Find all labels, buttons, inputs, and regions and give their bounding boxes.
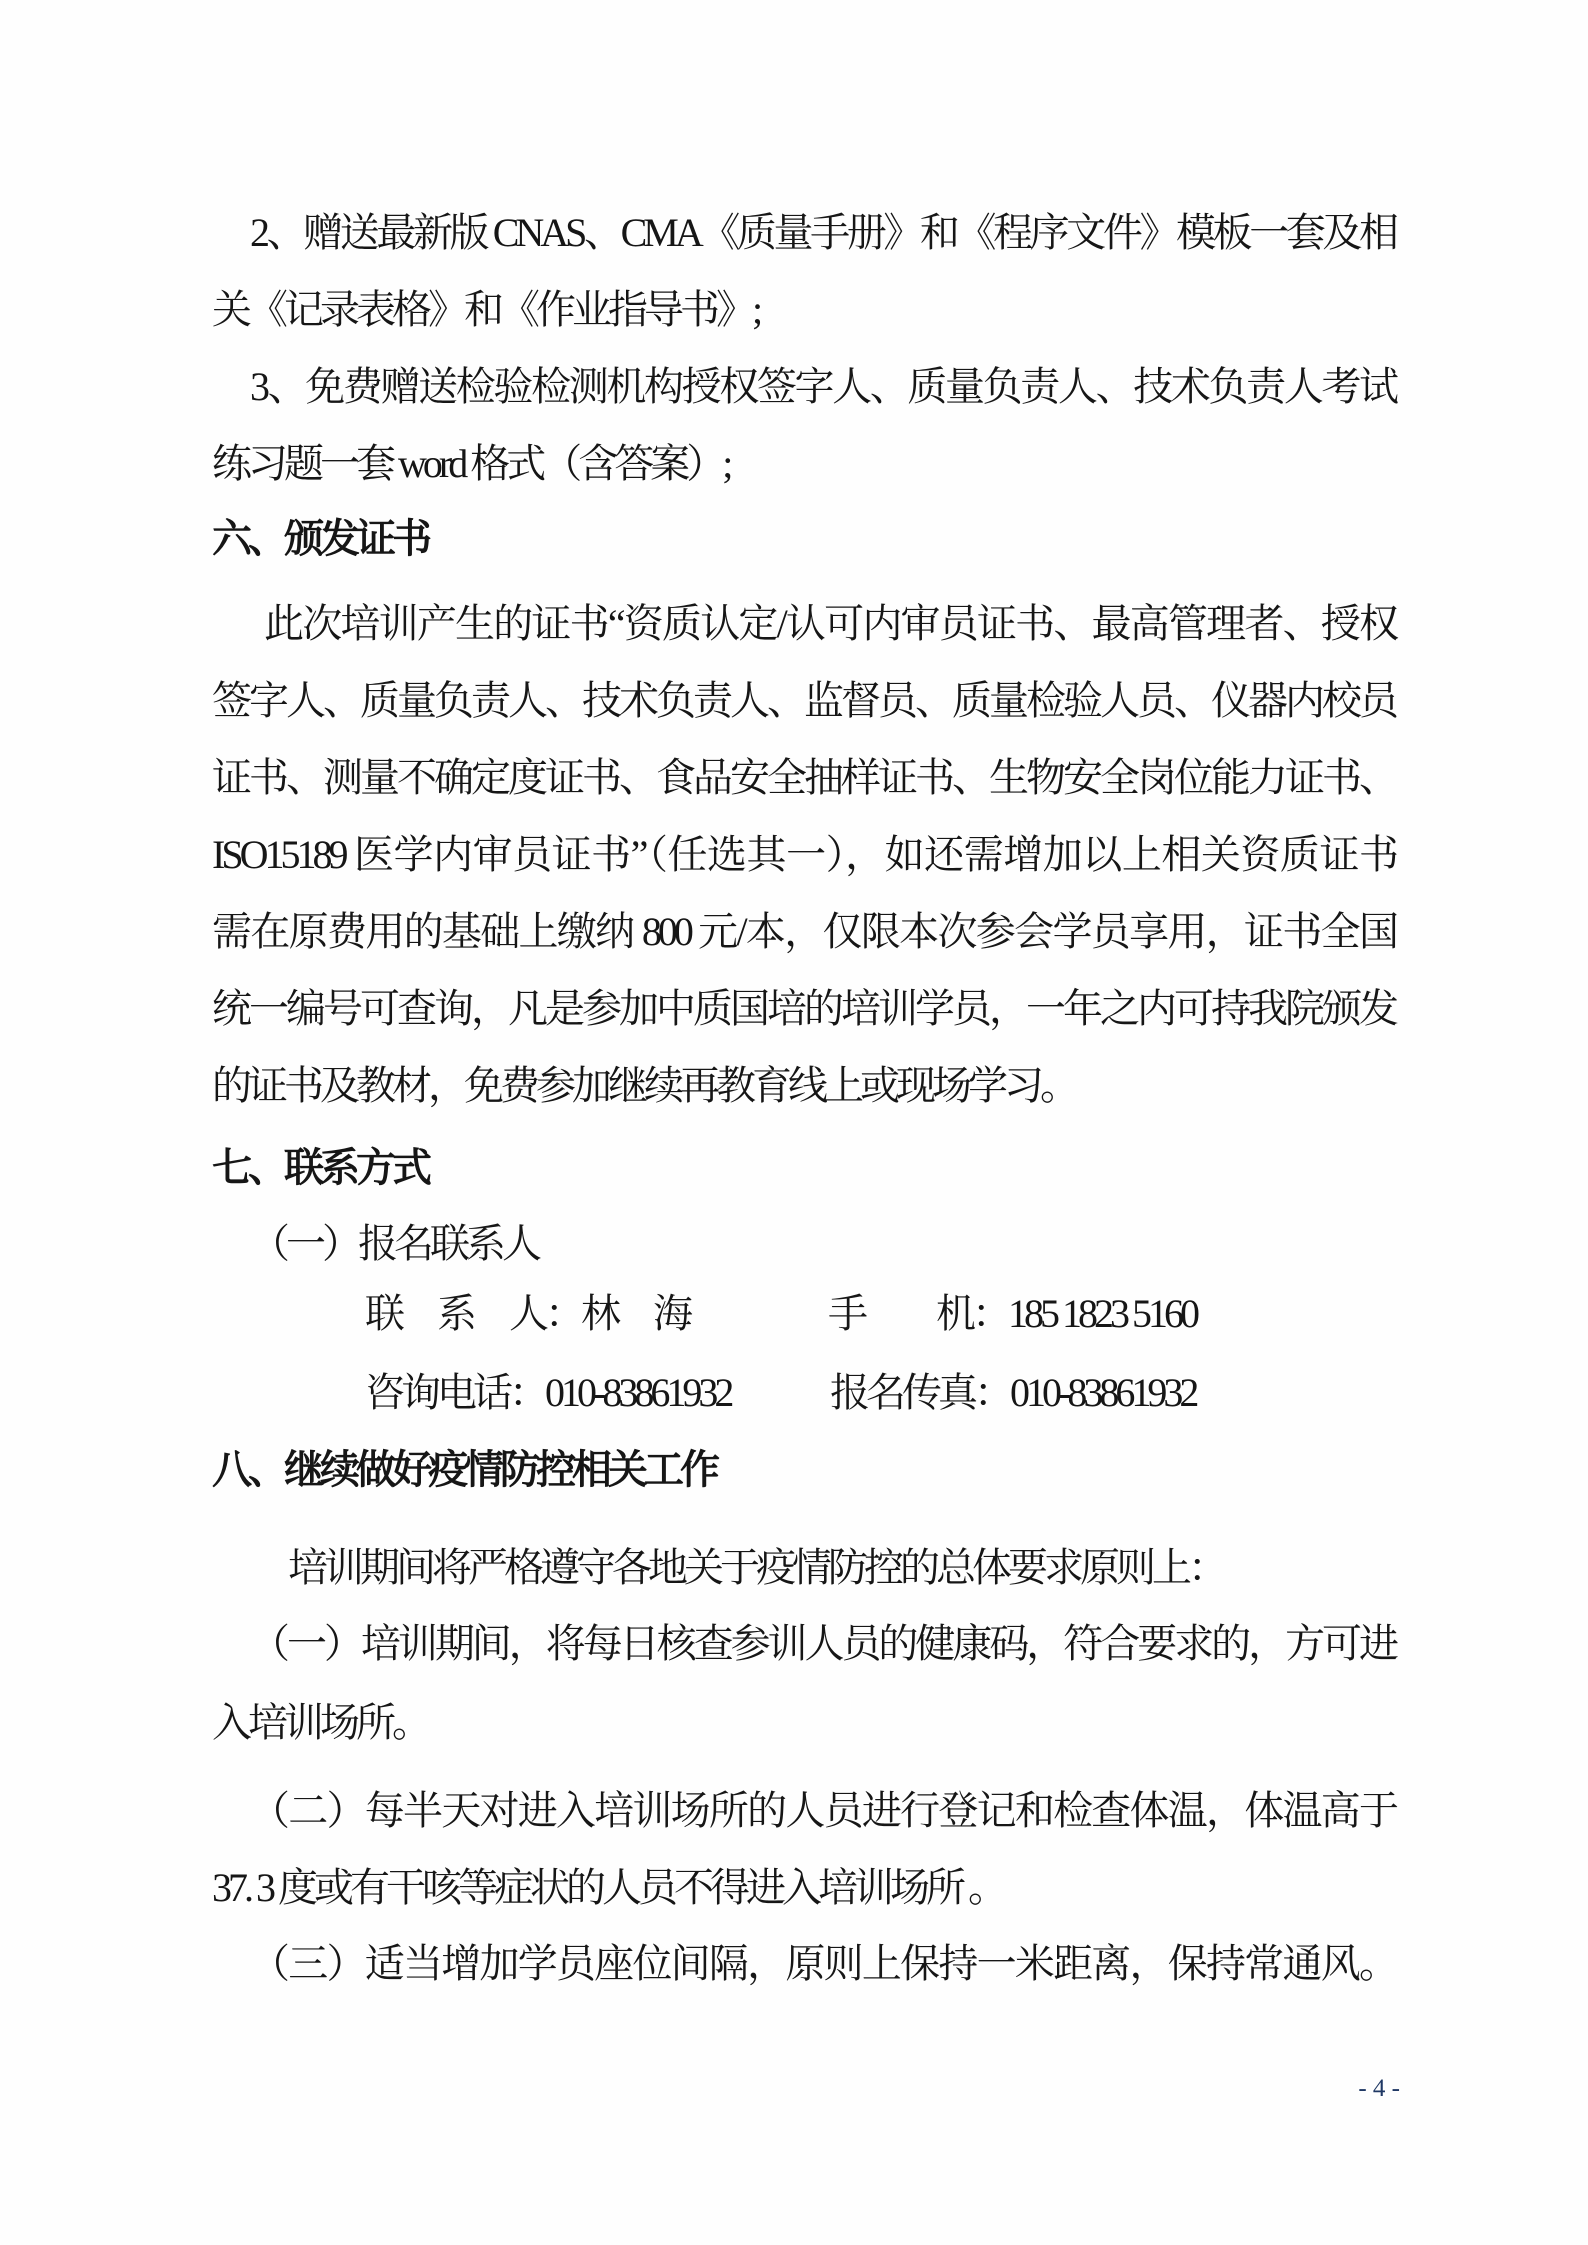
certificates-line-1: 此次培训产生的证书“资质认定/认可内审员证书、最高管理者、授权 <box>212 599 1395 649</box>
covid-item-3-line-1: （三）适当增加学员座位间隔，原则上保持一米距离，保持常通风。 <box>212 1939 1395 1989</box>
covid-item-2-line-2: 37. 3 度或有干咳等症状的人员不得进入培训场所 。 <box>212 1863 1395 1913</box>
covid-item-2-line-1: （二）每半天对进入培训场所的人员进行登记和检查体温，体温高于 <box>212 1786 1395 1836</box>
certificates-line-4: ISO15189 医学内审员证书”（任选其一），如还需增加以上相关资质证书 <box>212 830 1395 880</box>
covid-item-1-line-2: 入培训场所。 <box>212 1698 1395 1748</box>
covid-intro: 培训期间将严格遵守各地关于疫情防控的总体要求原则上： <box>212 1543 1395 1593</box>
contact-phone: 咨询电话：010-83861932 <box>365 1368 730 1418</box>
certificates-line-6: 统一编号可查询，凡是参加中质国培的培训学员，一年之内可持我院颁发 <box>212 984 1395 1034</box>
certificates-line-5: 需在原费用的基础上缴纳 800 元/本，仅限本次参会学员享用，证书全国 <box>212 907 1395 957</box>
list-item-2-line-1: 2、赠送最新版 CNAS、CMA《质量手册》和《程序文件》模板一套及相 <box>212 208 1395 258</box>
contact-fax: 报名传真：010-83861932 <box>830 1368 1195 1418</box>
certificates-line-3: 证书、测量不确定度证书、食品安全抽样证书、生物安全岗位能力证书、 <box>212 753 1395 803</box>
certificates-line-2: 签字人、质量负责人、技术负责人、监督员、质量检验人员、仪器内校员 <box>212 676 1395 726</box>
contact-person: 联 系 人：林 海 <box>365 1289 689 1339</box>
contact-mobile: 手 机：185 1823 5160 <box>828 1289 1196 1339</box>
section-heading-contact: 七、联系方式 <box>212 1143 1395 1193</box>
section-heading-certificates: 六、颁发证书 <box>212 514 1395 564</box>
certificates-line-7: 的证书及教材，免费参加继续再教育线上或现场学习。 <box>212 1061 1395 1111</box>
document-page: 2、赠送最新版 CNAS、CMA《质量手册》和《程序文件》模板一套及相 关《记录… <box>0 0 1588 2245</box>
page-number: - 4 - <box>1260 2075 1400 2103</box>
list-item-2-line-2: 关《记录表格》和《作业指导书》; <box>212 285 1395 335</box>
covid-item-1-line-1: （一）培训期间，将每日核查参训人员的健康码，符合要求的，方可进 <box>212 1619 1395 1669</box>
contact-subheading: （一）报名联系人 <box>212 1219 1395 1269</box>
list-item-3-line-2: 练习题一套 word 格式（含答案）; <box>212 439 1395 489</box>
list-item-3-line-1: 3、免费赠送检验检测机构授权签字人、质量负责人、技术负责人考试 <box>212 362 1395 412</box>
section-heading-covid: 八、继续做好疫情防控相关工作 <box>212 1445 1395 1495</box>
